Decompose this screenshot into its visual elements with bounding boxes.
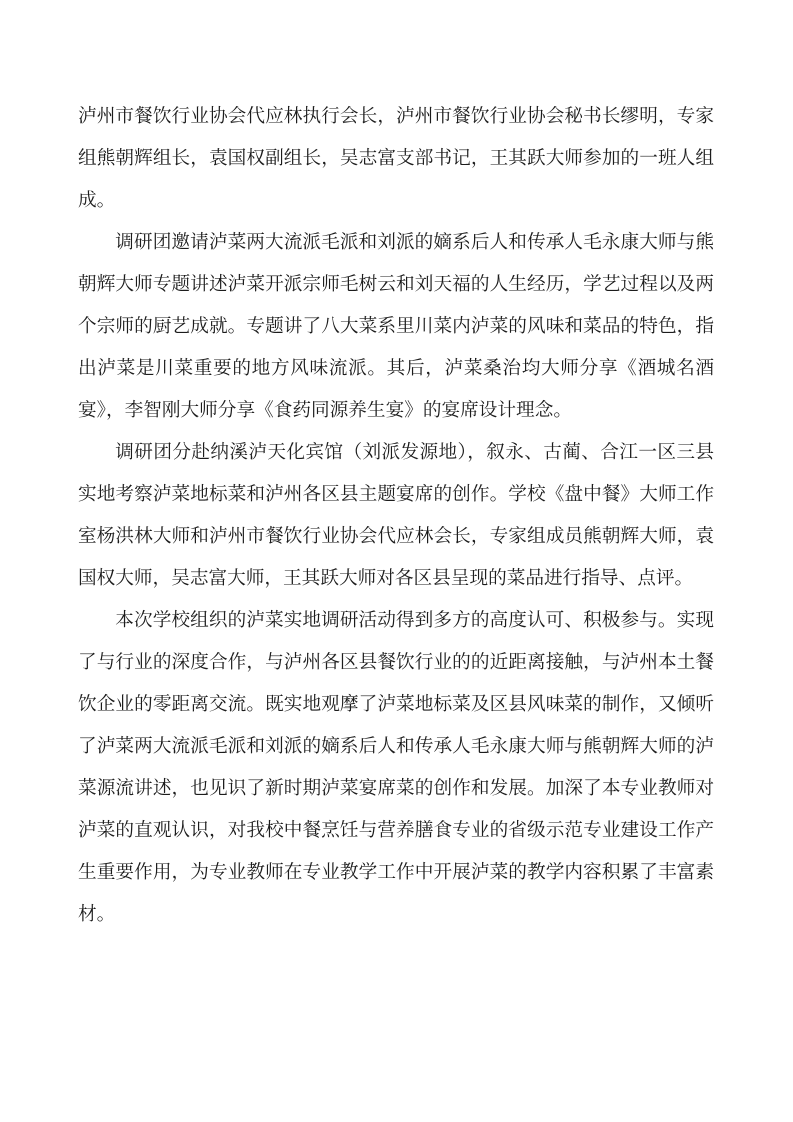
document-page: 泸州市餐饮行业协会代应林执行会长，泸州市餐饮行业协会秘书长缪明，专家组熊朝辉组长… [0,0,793,1122]
document-text-body: 泸州市餐饮行业协会代应林执行会长，泸州市餐饮行业协会秘书长缪明，专家组熊朝辉组长… [78,96,714,936]
paragraph-1: 泸州市餐饮行业协会代应林执行会长，泸州市餐饮行业协会秘书长缪明，专家组熊朝辉组长… [78,96,714,222]
paragraph-4: 本次学校组织的泸菜实地调研活动得到多方的高度认可、积极参与。实现了与行业的深度合… [78,600,714,936]
paragraph-2: 调研团邀请泸菜两大流派毛派和刘派的嫡系后人和传承人毛永康大师与熊朝辉大师专题讲述… [78,222,714,432]
paragraph-3: 调研团分赴纳溪泸天化宾馆（刘派发源地），叙永、古蔺、合江一区三县实地考察泸菜地标… [78,432,714,600]
